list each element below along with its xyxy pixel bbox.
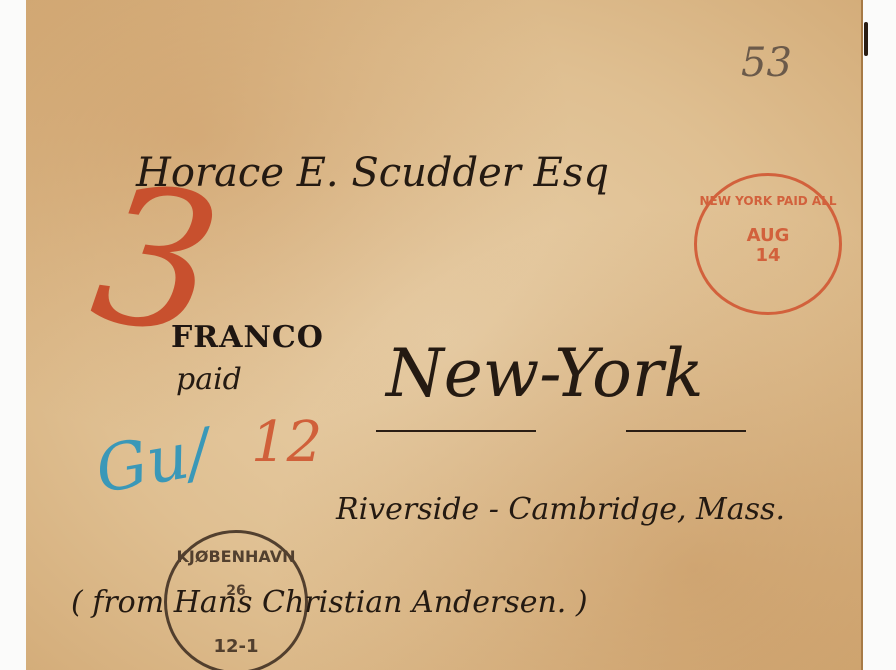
city-name: New-York <box>386 335 703 412</box>
sender-note: ( from Hans Christian Andersen. ) <box>71 585 588 620</box>
envelope: 3 53 Horace E. Scudder Esq NEW YORK PAID… <box>26 0 863 670</box>
underline <box>376 430 536 432</box>
address-line: Riverside - Cambridge, Mass. <box>336 492 785 527</box>
paid-note: paid <box>176 362 242 397</box>
black-postmark-arc: KJØBENHAVN <box>167 547 305 566</box>
red-postmark-month: AUG <box>747 225 790 246</box>
recipient-name: Horace E. Scudder Esq <box>136 150 609 196</box>
red-postmark-arc: NEW YORK PAID ALL <box>697 194 839 208</box>
pencil-number-note: 53 <box>741 40 792 86</box>
black-postmark-time: 12-1 <box>167 636 305 657</box>
blue-pencil-marking: Gu/ <box>90 416 215 509</box>
underline <box>626 430 746 432</box>
ink-mark <box>864 22 868 56</box>
red-numeral-12: 12 <box>251 410 322 475</box>
franco-stamp: FRANCO <box>171 320 324 355</box>
red-postmark-day: 14 <box>755 245 780 266</box>
red-postmark: NEW YORK PAID ALL AUG14 <box>694 173 842 315</box>
